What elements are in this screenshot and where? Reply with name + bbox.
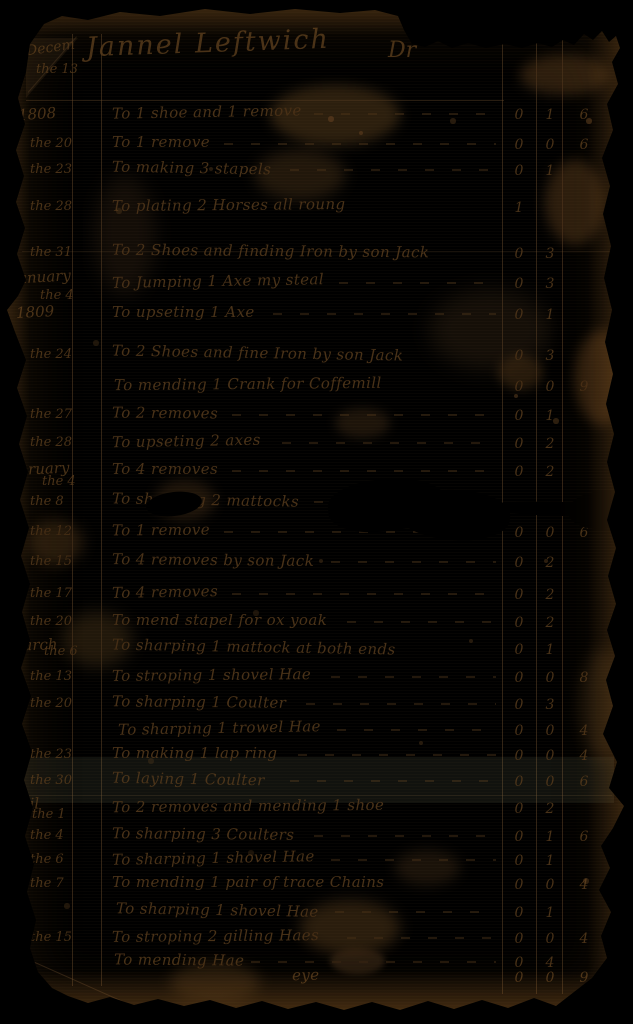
paper-edge-notch	[0, 497, 12, 515]
paper-sheet: Jannel Leftwich Dr Decem the 13 1808To 1…	[0, 0, 633, 1024]
scanned-ledger-page: Jannel Leftwich Dr Decem the 13 1808To 1…	[0, 0, 633, 1024]
vignette	[0, 0, 633, 1024]
foxing-speckles	[0, 0, 2, 2]
